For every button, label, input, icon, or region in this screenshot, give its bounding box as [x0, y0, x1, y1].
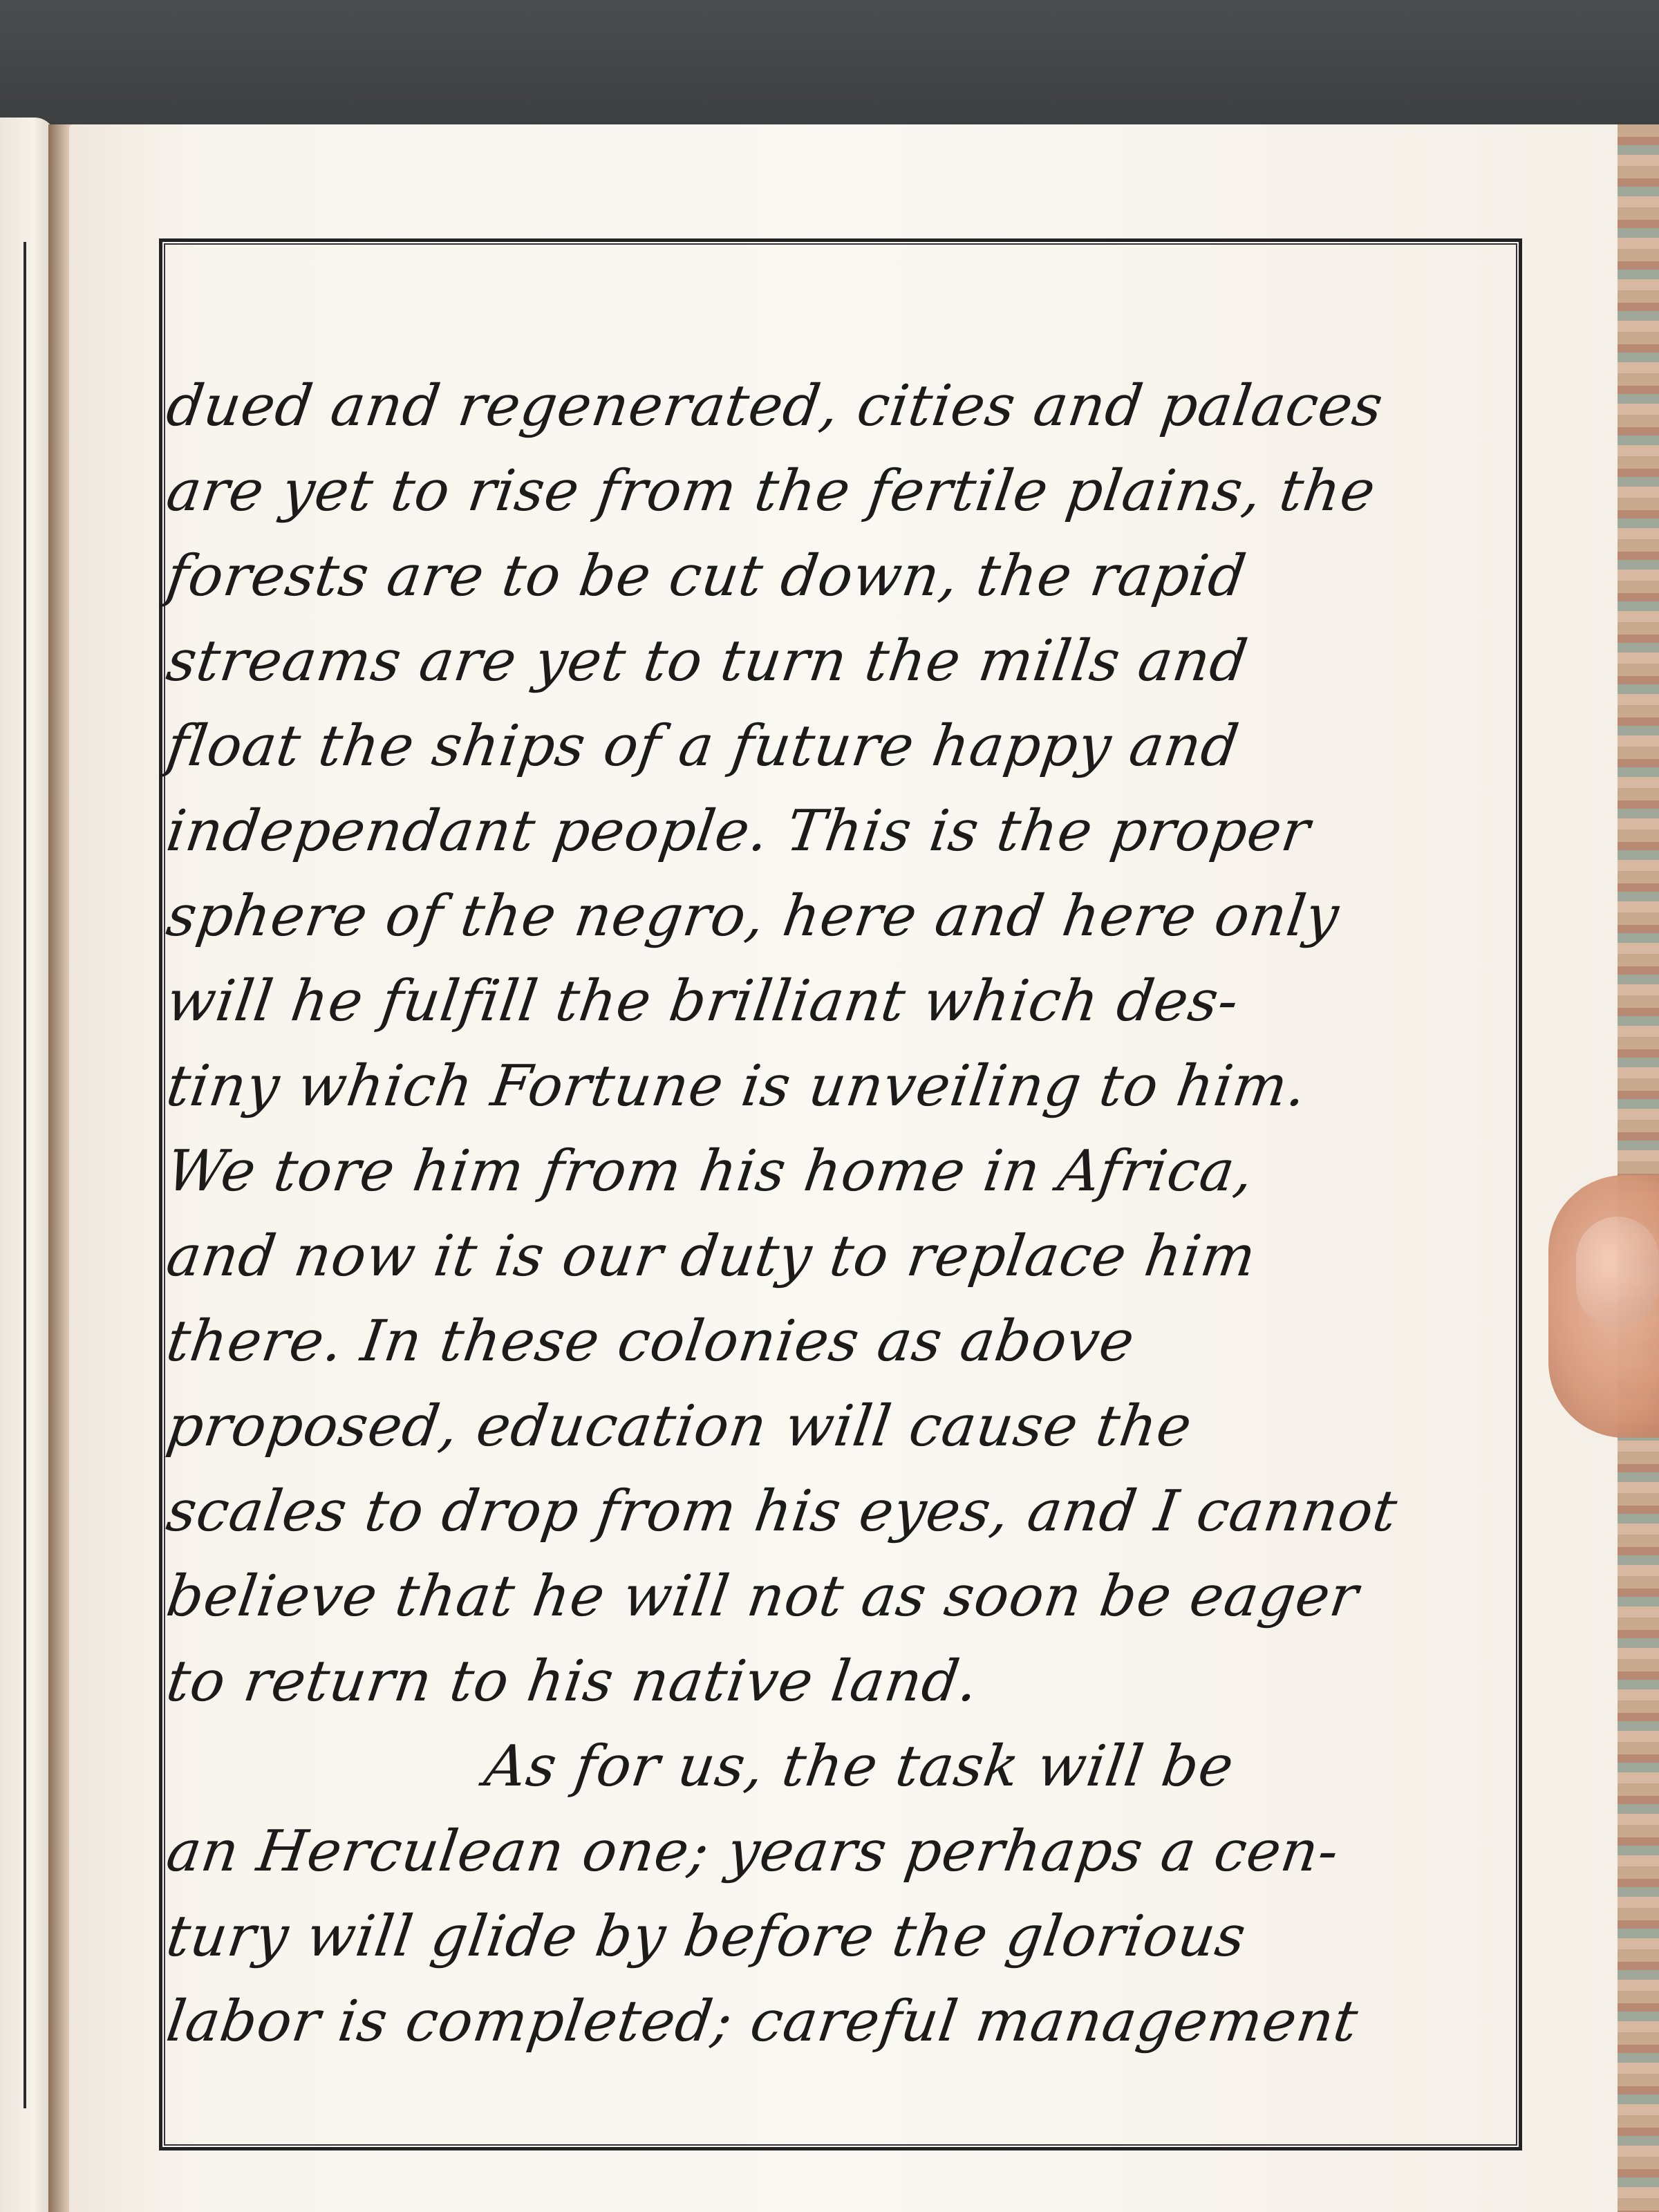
text-line: tury will glide by before the glorious: [160, 1904, 1526, 1989]
text-line: proposed, education will cause the: [160, 1394, 1526, 1479]
text-line: will he fulfill the brilliant which des-: [160, 968, 1526, 1053]
handwritten-text: dued and regenerated, cities and palaces…: [166, 373, 1521, 2074]
text-line: dued and regenerated, cities and palaces: [160, 373, 1526, 458]
text-line: labor is completed; careful management: [160, 1989, 1526, 2074]
text-line: independant people. This is the proper: [160, 798, 1526, 883]
text-line: an Herculean one; years perhaps a cen-: [160, 1819, 1526, 1904]
text-line: there. In these colonies as above: [160, 1309, 1526, 1394]
text-line: float the ships of a future happy and: [160, 713, 1526, 798]
text-line-indented: As for us, the task will be: [160, 1734, 1526, 1819]
text-line: sphere of the negro, here and here only: [160, 883, 1526, 968]
text-line: to return to his native land.: [160, 1649, 1526, 1734]
text-line: believe that he will not as soon be eage…: [160, 1564, 1526, 1649]
text-line: streams are yet to turn the mills and: [160, 628, 1526, 713]
holding-thumb: [1548, 1175, 1659, 1438]
marbled-page-edge: [1618, 124, 1659, 2212]
text-line: tiny which Fortune is unveiling to him.: [160, 1053, 1526, 1138]
text-line: scales to drop from his eyes, and I cann…: [160, 1479, 1526, 1564]
left-page-edge: [0, 118, 55, 2212]
left-page-frame: [0, 242, 26, 2108]
thumbnail: [1576, 1217, 1659, 1327]
text-line: forests are to be cut down, the rapid: [160, 543, 1526, 628]
text-line: We tore him from his home in Africa,: [160, 1138, 1526, 1224]
text-line: are yet to rise from the fertile plains,…: [160, 458, 1526, 543]
text-line: and now it is our duty to replace him: [160, 1224, 1526, 1309]
